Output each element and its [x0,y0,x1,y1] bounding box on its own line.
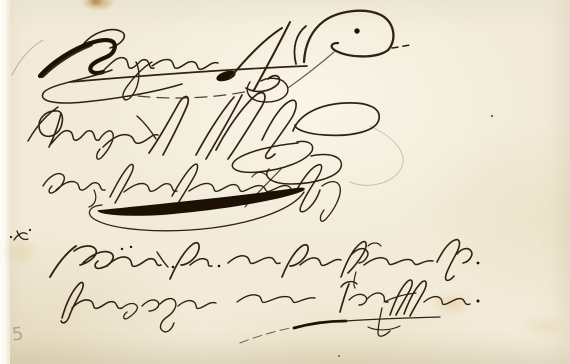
page-number-pencil: 5 [11,326,24,345]
caption-line-1 [50,240,479,288]
ink-speck [338,355,340,357]
caption-line-2 [61,280,480,343]
handwriting-svg [0,0,570,364]
margin-ink-mark [10,229,31,240]
scanned-autograph-page: 5 [0,0,570,364]
signature-marie [43,164,340,231]
signature-wilhelm [40,11,410,103]
ink-speck [491,115,493,117]
